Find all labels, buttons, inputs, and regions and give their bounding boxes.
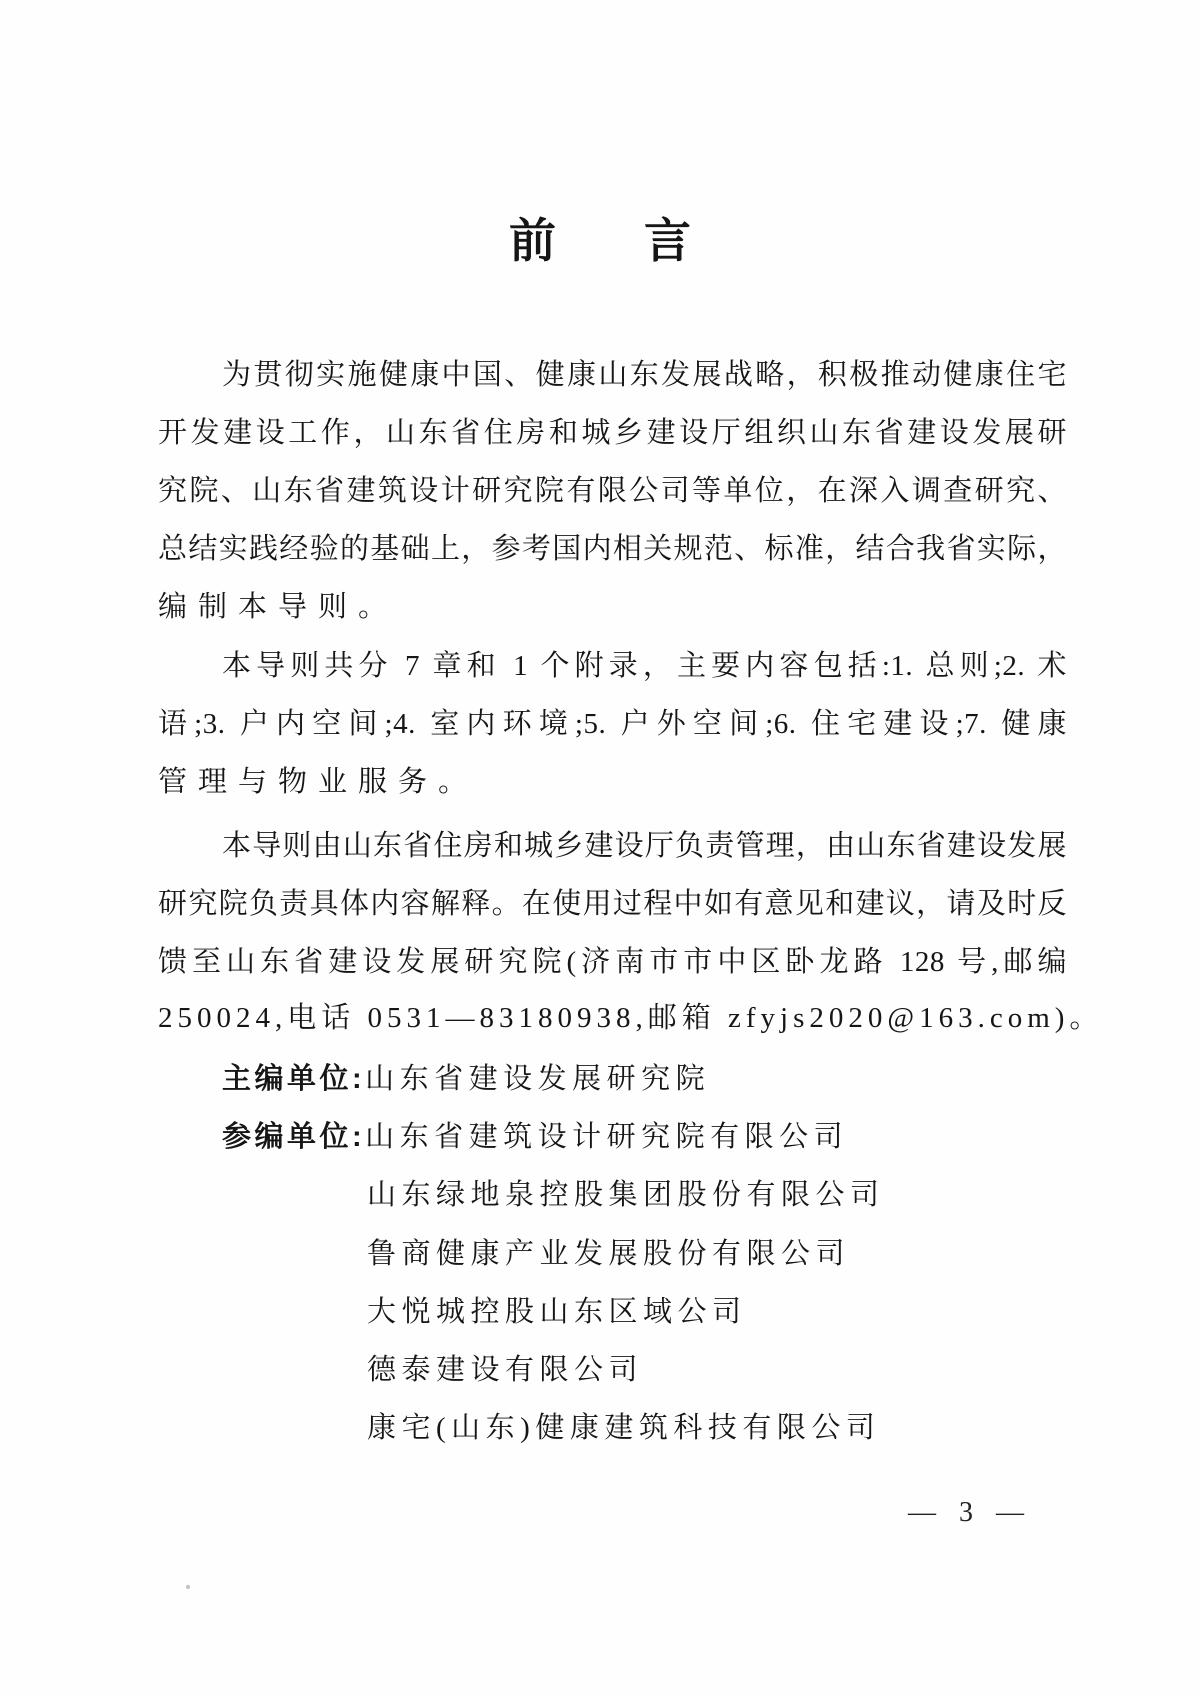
- co-editor-company: 大悦城控股山东区域公司: [158, 1297, 1067, 1328]
- body-line: 总结实践经验的基础上，参考国内相关规范、标准，结合我省实际，: [158, 534, 1067, 565]
- body-line: 馈至山东省建设发展研究院(济南市市中区卧龙路 128 号,邮编: [158, 947, 1067, 978]
- body-line: 究院、山东省建筑设计研究院有限公司等单位，在深入调查研究、: [158, 476, 1067, 507]
- co-editor-company: 山东绿地泉控股集团股份有限公司: [158, 1180, 1067, 1211]
- co-editor-line: 参编单位:山东省建筑设计研究院有限公司: [158, 1122, 1067, 1153]
- body-line: 编制本导则。: [158, 592, 1067, 623]
- co-editor-label: 参编单位:: [222, 1121, 365, 1153]
- page-number: — 3 —: [860, 1498, 1080, 1528]
- body-line: 开发建设工作，山东省住房和城乡建设厅组织山东省建设发展研: [158, 418, 1067, 449]
- co-editor-company: 德泰建设有限公司: [158, 1355, 1067, 1386]
- body-line: 本导则由山东省住房和城乡建设厅负责管理，由山东省建设发展: [158, 831, 1067, 862]
- title-char-left: 前: [509, 218, 556, 266]
- body-line: 管理与物业服务。: [158, 767, 1067, 798]
- body-line: 250024,电话 0531—83180938,邮箱 zfyjs2020@163…: [158, 1003, 1067, 1034]
- co-editor-company: 康宅(山东)健康建筑科技有限公司: [158, 1413, 1067, 1444]
- title-char-right: 言: [644, 218, 691, 266]
- co-editor-company: 鲁商健康产业发展股份有限公司: [158, 1239, 1067, 1270]
- scan-speck: [186, 1585, 190, 1589]
- page-title: 前 言: [0, 218, 1200, 266]
- body-line: 研究院负责具体内容解释。在使用过程中如有意见和建议，请及时反: [158, 889, 1067, 920]
- chief-editor-label: 主编单位:: [222, 1063, 365, 1095]
- chief-editor-line: 主编单位:山东省建设发展研究院: [158, 1064, 1067, 1095]
- body-line: 为贯彻实施健康中国、健康山东发展战略，积极推动健康住宅: [158, 360, 1067, 391]
- body-line: 本导则共分 7 章和 1 个附录，主要内容包括:1. 总则;2. 术: [158, 651, 1067, 682]
- chief-editor-value: 山东省建设发展研究院: [365, 1063, 710, 1095]
- document-page: 前 言 为贯彻实施健康中国、健康山东发展战略，积极推动健康住宅 开发建设工作，山…: [0, 0, 1200, 1697]
- co-editor-value: 山东省建筑设计研究院有限公司: [365, 1121, 848, 1153]
- body-line: 语;3. 户内空间;4. 室内环境;5. 户外空间;6. 住宅建设;7. 健康: [158, 709, 1067, 740]
